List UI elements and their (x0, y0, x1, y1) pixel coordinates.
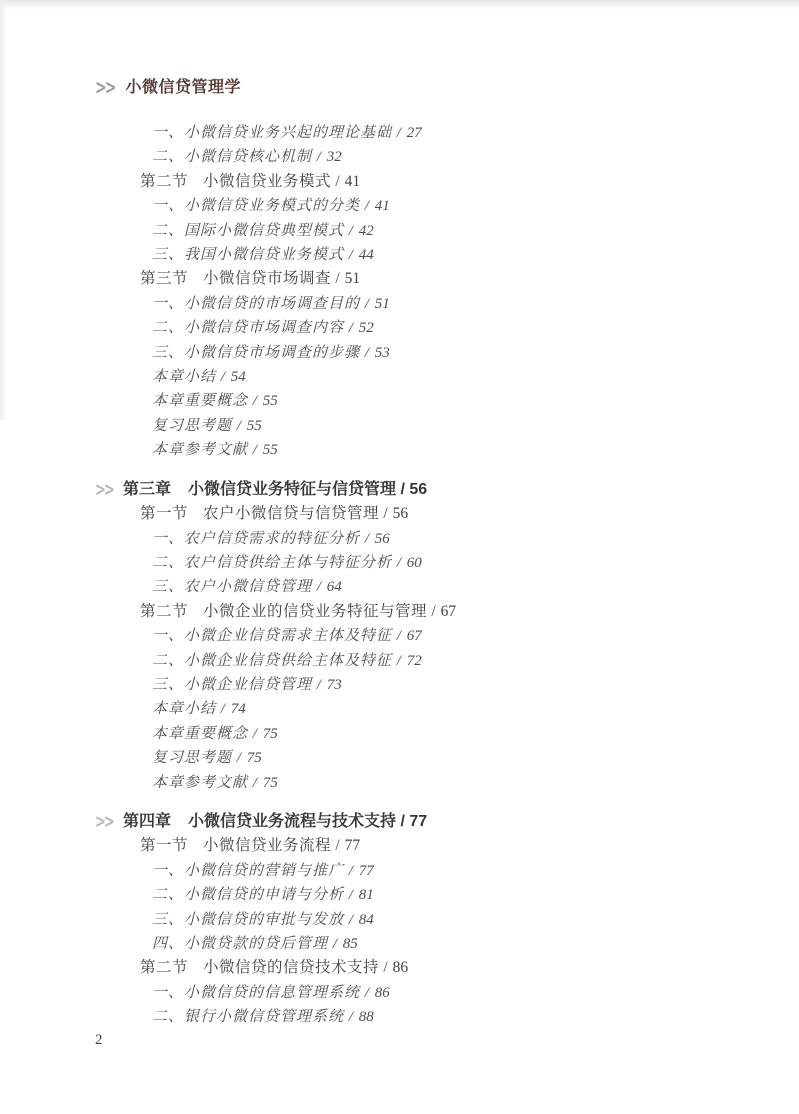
entry-separator: / (396, 481, 409, 498)
toc-entry-item: 二、小微信贷核心机制 / 32 (95, 145, 755, 169)
toc-entry-item: 一、小微信贷的信息管理系统 / 86 (95, 981, 755, 1005)
entry-page-number: 77 (409, 813, 427, 830)
toc-entry-item: 三、我国小微信贷业务模式 / 44 (95, 243, 755, 267)
page-number: 2 (95, 1029, 103, 1051)
toc-entry-item: 二、小微企业信贷供给主体及特征 / 72 (95, 649, 755, 673)
entry-text: 三、农户小微信贷管理 (152, 579, 312, 595)
entry-label: 第二节 (140, 959, 188, 976)
entry-separator: / (392, 653, 407, 669)
entry-text: 二、银行小微信贷管理系统 (152, 1009, 344, 1025)
toc-entry-section: 第三节小微信贷市场调查 / 51 (95, 267, 755, 291)
toc-entry-item: 复习思考题 / 75 (95, 746, 755, 770)
toc-entry-item: 本章重要概念 / 75 (95, 722, 755, 746)
book-page: >>小微信贷管理学 一、小微信贷业务兴起的理论基础 / 27 二、小微信贷核心机… (0, 0, 799, 1114)
entry-text: 三、我国小微信贷业务模式 (152, 247, 344, 263)
toc-entry-item: 二、小微信贷的申请与分析 / 81 (95, 883, 755, 907)
entry-page-number: 56 (375, 531, 390, 547)
entry-text: 二、小微企业信贷供给主体及特征 (152, 653, 392, 669)
entry-separator: / (344, 1009, 359, 1025)
entry-page-number: 51 (345, 270, 361, 287)
entry-text: 一、农户信贷需求的特征分析 (152, 531, 360, 547)
entry-text: 小微信贷市场调查 (203, 270, 331, 287)
entry-page-number: 64 (327, 579, 342, 595)
entry-page-number: 54 (231, 369, 246, 385)
entry-page-number: 56 (409, 481, 427, 498)
entry-text: 小微信贷业务模式 (203, 173, 331, 190)
entry-page-number: 41 (375, 198, 390, 214)
entry-page-number: 55 (263, 442, 278, 458)
entry-page-number: 56 (393, 505, 409, 522)
entry-text: 三、小微信贷的审批与发放 (152, 912, 344, 928)
entry-page-number: 41 (345, 173, 361, 190)
entry-separator: / (379, 959, 393, 976)
entry-separator: / (344, 912, 359, 928)
entry-text: 一、小微信贷的信息管理系统 (152, 985, 360, 1001)
entry-page-number: 67 (441, 603, 457, 620)
toc-entry-section: 第一节小微信贷业务流程 / 77 (95, 834, 755, 858)
entry-text: 小微信贷业务特征与信贷管理 (188, 481, 396, 498)
entry-text: 一、小微信贷业务模式的分类 (152, 198, 360, 214)
entry-separator: / (344, 863, 359, 879)
entry-text: 一、小微信贷的营销与推广 (152, 863, 344, 879)
entry-page-number: 85 (343, 936, 358, 952)
toc-entry-section: 第二节小微信贷业务模式 / 41 (95, 170, 755, 194)
entry-text: 农户小微信贷与信贷管理 (203, 505, 379, 522)
toc-entry-item: 一、小微信贷的营销与推广 / 77 (95, 859, 755, 883)
entry-text: 一、小微信贷的市场调查目的 (152, 296, 360, 312)
toc-entry-item: 二、国际小微信贷典型模式 / 42 (95, 219, 755, 243)
entry-text: 二、小微信贷市场调查内容 (152, 320, 344, 336)
toc-entry-item: 三、小微信贷的审批与发放 / 84 (95, 908, 755, 932)
entry-separator: / (360, 531, 375, 547)
toc-entry-item: 一、小微信贷的市场调查目的 / 51 (95, 292, 755, 316)
entry-page-number: 81 (359, 887, 374, 903)
entry-text: 本章参考文献 (152, 442, 248, 458)
entry-text: 本章重要概念 (152, 726, 248, 742)
toc-entry-item: 本章小结 / 54 (95, 365, 755, 389)
entry-page-number: 72 (407, 653, 422, 669)
entry-text: 本章重要概念 (152, 393, 248, 409)
chevrons-icon: >> (95, 805, 123, 840)
entry-page-number: 73 (327, 677, 342, 693)
toc-entry-item: 一、小微信贷业务兴起的理论基础 / 27 (95, 121, 755, 145)
entry-separator: / (248, 775, 263, 791)
toc-entry-item: 本章参考文献 / 55 (95, 438, 755, 462)
entry-page-number: 52 (359, 320, 374, 336)
entry-label: 第二节 (140, 173, 188, 190)
entry-text: 小微信贷业务流程 (203, 837, 331, 854)
entry-text: 复习思考题 (152, 750, 232, 766)
entry-label: 第二节 (140, 603, 188, 620)
entry-separator: / (427, 603, 441, 620)
entry-separator: / (344, 320, 359, 336)
entry-text: 小微信贷的信贷技术支持 (203, 959, 379, 976)
entry-page-number: 53 (375, 345, 390, 361)
entry-separator: / (331, 837, 345, 854)
entry-page-number: 32 (327, 149, 342, 165)
entry-page-number: 55 (247, 418, 262, 434)
entry-page-number: 74 (231, 701, 246, 717)
entry-separator: / (360, 198, 375, 214)
entry-separator: / (248, 393, 263, 409)
entry-text: 小微信贷业务流程与技术支持 (188, 813, 396, 830)
entry-text: 本章小结 (152, 701, 216, 717)
entry-label: 第一节 (140, 837, 188, 854)
entry-text: 四、小微贷款的贷后管理 (152, 936, 328, 952)
entry-label: 第三节 (140, 270, 188, 287)
entry-separator: / (331, 270, 345, 287)
entry-page-number: 75 (263, 775, 278, 791)
toc-list: 一、小微信贷业务兴起的理论基础 / 27 二、小微信贷核心机制 / 32 第二节… (95, 121, 755, 1030)
entry-page-number: 55 (263, 393, 278, 409)
toc-entry-item: 三、小微信贷市场调查的步骤 / 53 (95, 341, 755, 365)
toc-entry-chapter: >>第四章小微信贷业务流程与技术支持 / 77 (95, 810, 755, 834)
toc-entry-item: 一、小微信贷业务模式的分类 / 41 (95, 194, 755, 218)
entry-text: 二、国际小微信贷典型模式 (152, 223, 344, 239)
entry-text: 小微企业的信贷业务特征与管理 (203, 603, 427, 620)
entry-page-number: 27 (407, 125, 422, 141)
entry-separator: / (392, 555, 407, 571)
entry-page-number: 75 (247, 750, 262, 766)
chevrons-icon: >> (95, 72, 114, 104)
entry-separator: / (312, 579, 327, 595)
entry-text: 一、小微信贷业务兴起的理论基础 (152, 125, 392, 141)
toc-entry-item: 二、银行小微信贷管理系统 / 88 (95, 1005, 755, 1029)
toc-entry-item: 三、农户小微信贷管理 / 64 (95, 575, 755, 599)
toc-entry-item: 一、小微企业信贷需求主体及特征 / 67 (95, 624, 755, 648)
entry-page-number: 86 (393, 959, 409, 976)
toc-entry-chapter: >>第三章小微信贷业务特征与信贷管理 / 56 (95, 478, 755, 502)
entry-separator: / (328, 936, 343, 952)
entry-text: 二、小微信贷的申请与分析 (152, 887, 344, 903)
entry-separator: / (392, 628, 407, 644)
entry-label: 第三章 (123, 481, 171, 498)
entry-text: 三、小微企业信贷管理 (152, 677, 312, 693)
toc-entry-item: 一、农户信贷需求的特征分析 / 56 (95, 527, 755, 551)
entry-separator: / (379, 505, 393, 522)
toc-entry-section: 第一节农户小微信贷与信贷管理 / 56 (95, 502, 755, 526)
entry-separator: / (248, 726, 263, 742)
entry-separator: / (396, 813, 409, 830)
toc-entry-section: 第二节小微企业的信贷业务特征与管理 / 67 (95, 600, 755, 624)
entry-separator: / (331, 173, 345, 190)
toc-entry-item: 三、小微企业信贷管理 / 73 (95, 673, 755, 697)
entry-separator: / (344, 887, 359, 903)
toc-entry-item: 本章小结 / 74 (95, 697, 755, 721)
toc-entry-item: 本章参考文献 / 75 (95, 771, 755, 795)
entry-label: 第四章 (123, 813, 171, 830)
entry-separator: / (312, 149, 327, 165)
toc-entry-item: 本章重要概念 / 55 (95, 389, 755, 413)
entry-page-number: 77 (359, 863, 374, 879)
entry-page-number: 84 (359, 912, 374, 928)
entry-text: 三、小微信贷市场调查的步骤 (152, 345, 360, 361)
entry-separator: / (232, 418, 247, 434)
entry-page-number: 88 (359, 1009, 374, 1025)
page-title: 小微信贷管理学 (125, 79, 241, 96)
entry-page-number: 77 (345, 837, 361, 854)
entry-page-number: 42 (359, 223, 374, 239)
entry-page-number: 44 (359, 247, 374, 263)
entry-text: 本章小结 (152, 369, 216, 385)
entry-page-number: 86 (375, 985, 390, 1001)
entry-text: 一、小微企业信贷需求主体及特征 (152, 628, 392, 644)
entry-page-number: 51 (375, 296, 390, 312)
entry-label: 第一节 (140, 505, 188, 522)
toc-entry-item: 二、小微信贷市场调查内容 / 52 (95, 316, 755, 340)
entry-separator: / (216, 369, 231, 385)
entry-separator: / (248, 442, 263, 458)
entry-separator: / (232, 750, 247, 766)
entry-text: 复习思考题 (152, 418, 232, 434)
entry-separator: / (344, 223, 359, 239)
toc-entry-section: 第二节小微信贷的信贷技术支持 / 86 (95, 956, 755, 980)
entry-text: 二、小微信贷核心机制 (152, 149, 312, 165)
entry-page-number: 75 (263, 726, 278, 742)
entry-separator: / (360, 296, 375, 312)
entry-separator: / (216, 701, 231, 717)
entry-separator: / (392, 125, 407, 141)
entry-separator: / (344, 247, 359, 263)
toc-entry-item: 复习思考题 / 55 (95, 414, 755, 438)
page-header: >>小微信贷管理学 (95, 77, 241, 99)
entry-text: 二、农户信贷供给主体与特征分析 (152, 555, 392, 571)
toc-entry-item: 四、小微贷款的贷后管理 / 85 (95, 932, 755, 956)
entry-page-number: 67 (407, 628, 422, 644)
chevrons-icon: >> (95, 473, 123, 508)
toc-entry-item: 二、农户信贷供给主体与特征分析 / 60 (95, 551, 755, 575)
entry-page-number: 60 (407, 555, 422, 571)
entry-separator: / (360, 985, 375, 1001)
entry-separator: / (312, 677, 327, 693)
entry-separator: / (360, 345, 375, 361)
entry-text: 本章参考文献 (152, 775, 248, 791)
